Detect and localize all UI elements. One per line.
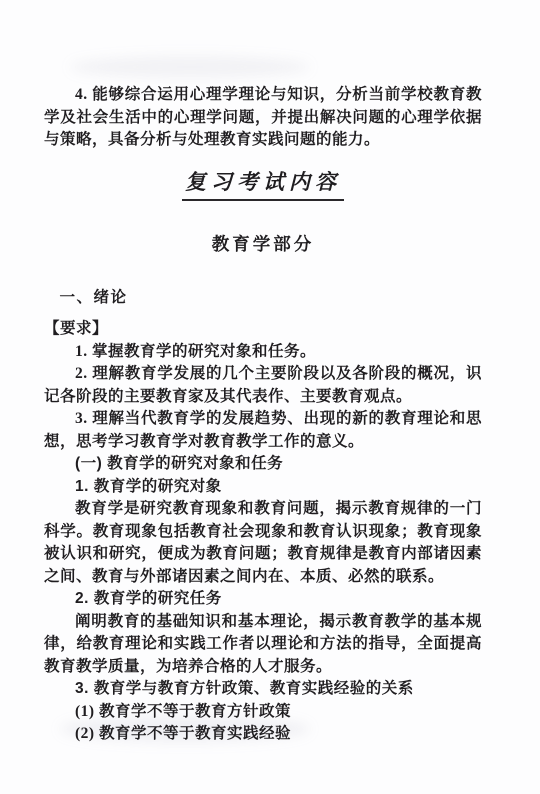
main-title: 复习考试内容 <box>44 166 482 201</box>
requirement-item-3: 3. 理解当代教育学的发展趋势、出现的新的教育理论和思想，思考学习教育学对教育教… <box>44 408 482 453</box>
part-title: 教育学部分 <box>44 231 482 256</box>
scan-artifact <box>70 56 310 78</box>
topic-2-body: 阐明教育的基础知识和基本理论，揭示教育教学的基本规律，给教育理论和实践工作者以理… <box>44 611 482 679</box>
section-title-intro: 一、绪论 <box>44 287 482 310</box>
topic-3-point-2: (2) 教育学不等于教育实践经验 <box>44 723 482 746</box>
book-page: 4. 能够综合运用心理学理论与知识，分析当前学校教育教学及社会生活中的心理学问题… <box>0 0 540 794</box>
topic-3-heading: 3. 教育学与教育方针政策、教育实践经验的关系 <box>44 678 482 701</box>
requirement-item-2: 2. 理解教育学发展的几个主要阶段以及各阶段的概况，识记各阶段的主要教育家及其代… <box>44 363 482 408</box>
requirement-item-1: 1. 掌握教育学的研究对象和任务。 <box>44 341 482 364</box>
requirements-label: 【要求】 <box>44 318 482 341</box>
topic-2-heading: 2. 教育学的研究任务 <box>44 588 482 611</box>
main-title-text: 复习考试内容 <box>182 166 344 201</box>
topic-3-point-1: (1) 教育学不等于教育方针政策 <box>44 701 482 724</box>
topic-1-heading: 1. 教育学的研究对象 <box>44 476 482 499</box>
intro-paragraph: 4. 能够综合运用心理学理论与知识，分析当前学校教育教学及社会生活中的心理学问题… <box>44 84 482 152</box>
page-content: 4. 能够综合运用心理学理论与知识，分析当前学校教育教学及社会生活中的心理学问题… <box>44 84 482 746</box>
topic-1-body: 教育学是研究教育现象和教育问题，揭示教育规律的一门科学。教育现象包括教育社会现象… <box>44 498 482 588</box>
subsection-title: (一) 教育学的研究对象和任务 <box>44 453 482 476</box>
